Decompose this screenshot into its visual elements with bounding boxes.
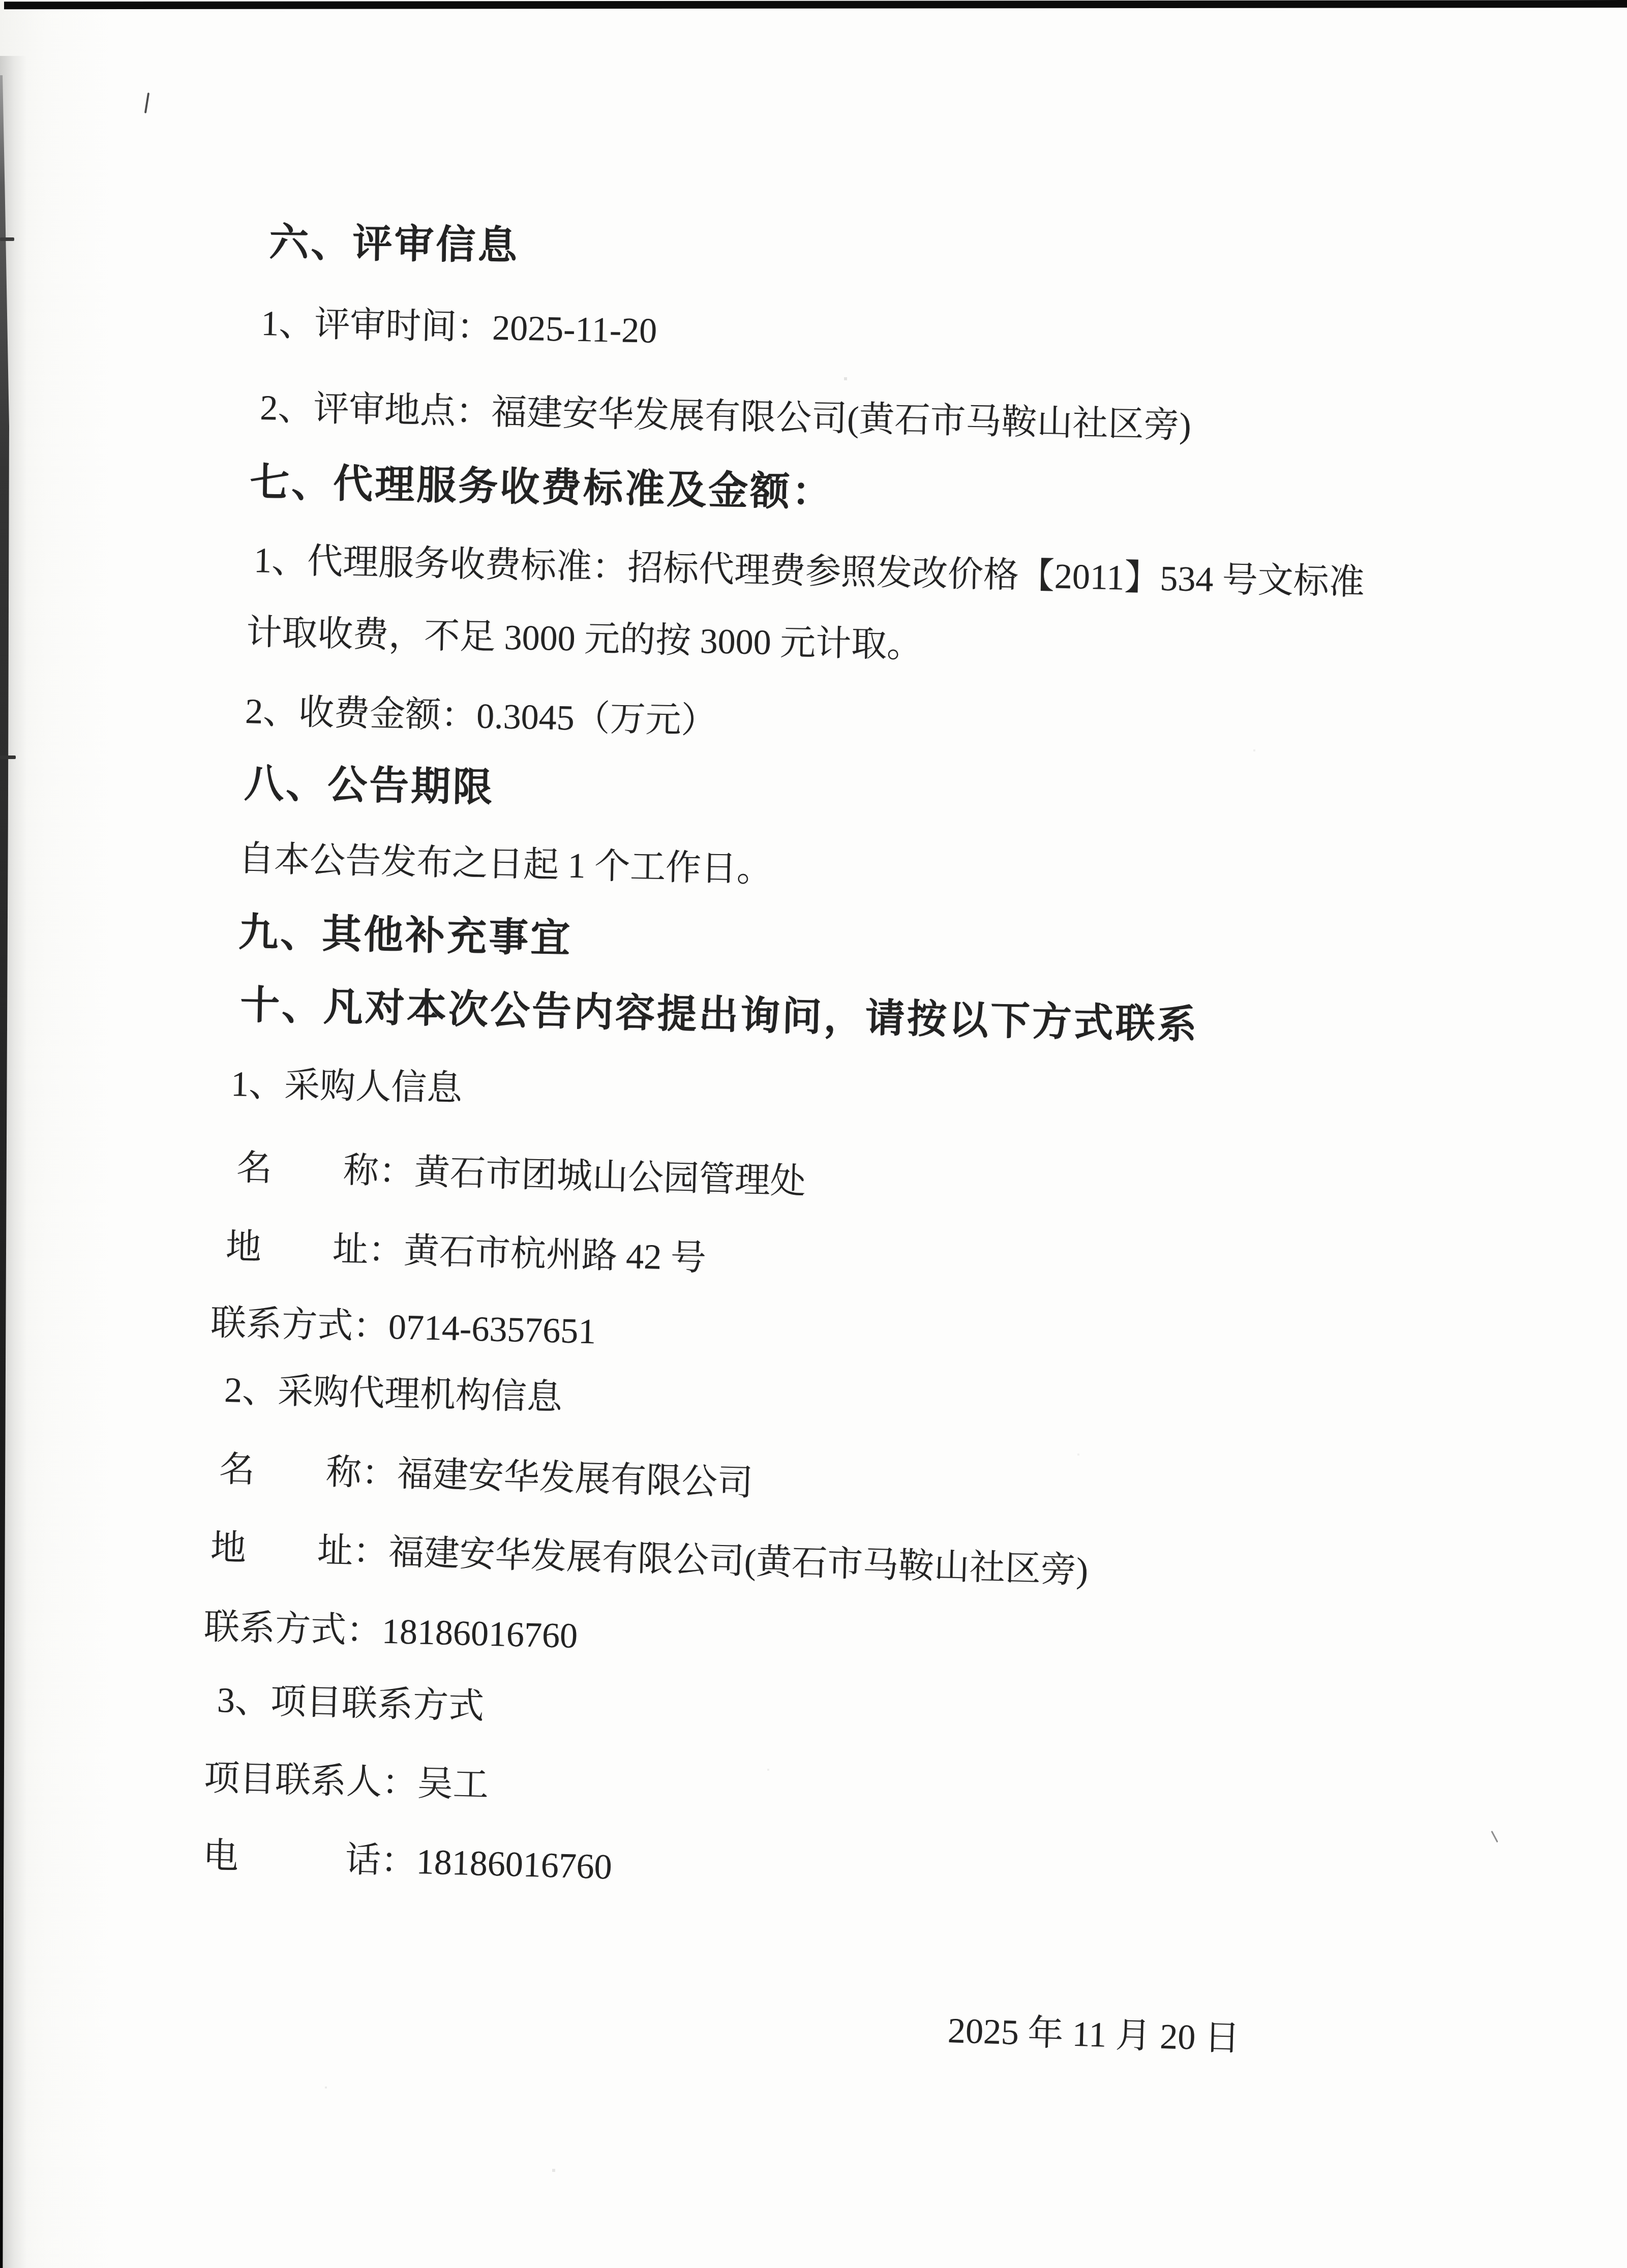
line-project-contact-label: 3、项目联系方式	[217, 1683, 485, 1725]
line-agency-contact: 联系方式：18186016760	[203, 1610, 578, 1654]
line-fee-standard-part1: 1、代理服务收费标准：招标代理费参照发改价格【2011】534 号文标准	[254, 543, 1365, 601]
line-agency-address: 地 址：福建安华发展有限公司(黄石市马鞍山社区旁)	[210, 1530, 1089, 1589]
scanned-document-page: 六、评审信息 1、评审时间：2025-11-20 2、评审地点：福建安华发展有限…	[0, 0, 1627, 2268]
heading-section-eight-notice-period: 八、公告期限	[244, 764, 495, 808]
line-review-location: 2、评审地点：福建安华发展有限公司(黄石市马鞍山社区旁)	[260, 390, 1192, 444]
line-purchaser-contact: 联系方式：0714-6357651	[210, 1306, 596, 1350]
scan-mark-left-dash	[0, 237, 14, 241]
scan-speck-stroke	[1491, 1831, 1498, 1842]
line-project-contact-person: 项目联系人：吴工	[203, 1761, 489, 1804]
line-notice-period: 自本公告发布之日起 1 个工作日。	[238, 841, 773, 888]
line-purchaser-info-label: 1、采购人信息	[231, 1067, 463, 1107]
pen-stroke-mark	[144, 93, 149, 113]
heading-section-nine-other-matters: 九、其他补充事宜	[238, 913, 573, 959]
line-fee-amount: 2、收费金额：0.3045（万元）	[245, 694, 717, 739]
line-agency-info-label: 2、采购代理机构信息	[224, 1373, 562, 1416]
line-purchaser-address: 地 址：黄石市杭州路 42 号	[225, 1229, 706, 1277]
scan-mark-left-dash	[0, 755, 16, 759]
line-document-date: 2025 年 11 月 20 日	[947, 2013, 1241, 2057]
scan-edge-top-artifact	[4, 0, 1627, 9]
line-project-phone: 电 话：18186016760	[202, 1838, 613, 1885]
scan-specks	[0, 0, 1, 1]
heading-section-seven-agency-fee: 七、代理服务收费标准及金额：	[250, 463, 834, 512]
line-review-time: 1、评审时间：2025-11-20	[261, 306, 657, 349]
line-agency-name: 名 称：福建安华发展有限公司	[219, 1452, 753, 1501]
line-fee-standard-part2: 计取收费，不足 3000 元的按 3000 元计取。	[246, 615, 923, 664]
line-purchaser-name: 名 称：黄石市团城山公园管理处	[236, 1151, 806, 1200]
heading-section-ten-contact-intro: 十、凡对本次公告内容提出询问，请按以下方式联系	[239, 985, 1199, 1045]
heading-section-six-review-info: 六、评审信息	[269, 223, 520, 266]
